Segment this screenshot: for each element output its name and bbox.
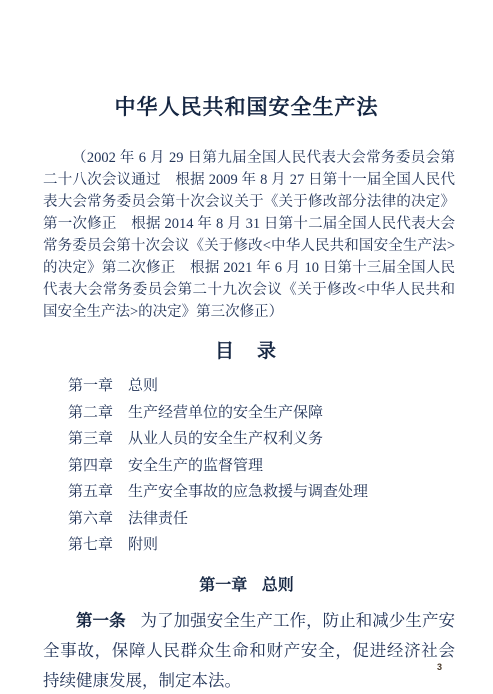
toc-chapter: 第五章 <box>68 484 113 500</box>
chapter-title: 总则 <box>262 577 294 594</box>
toc-chapter: 第二章 <box>68 405 113 421</box>
document-title: 中华人民共和国安全生产法 <box>0 94 493 122</box>
toc-chapter: 第六章 <box>68 511 113 527</box>
chapter-number: 第一章 <box>199 577 247 594</box>
toc-title: 安全生产的监督管理 <box>128 458 263 474</box>
toc-item: 第三章从业人员的安全生产权利义务 <box>68 426 455 453</box>
document-page: 中华人民共和国安全生产法 （2002 年 6 月 29 日第九届全国人民代表大会… <box>0 0 493 694</box>
article-1-paragraph: 第一条为了加强安全生产工作，防止和减少生产安全事故，保障人民群众生命和财产安全，… <box>43 606 455 694</box>
toc-item: 第六章法律责任 <box>68 506 455 533</box>
toc-item: 第一章总则 <box>68 373 455 400</box>
toc-item: 第七章附则 <box>68 532 455 559</box>
toc-heading: 目 录 <box>0 339 493 364</box>
page-number: 3 <box>437 662 442 672</box>
toc-chapter: 第三章 <box>68 431 113 447</box>
toc-item: 第四章安全生产的监督管理 <box>68 453 455 480</box>
toc-title: 生产安全事故的应急救援与调查处理 <box>128 484 368 500</box>
chapter-1-heading: 第一章总则 <box>0 575 493 596</box>
toc-title: 从业人员的安全生产权利义务 <box>128 431 323 447</box>
toc-chapter: 第四章 <box>68 458 113 474</box>
toc-chapter: 第一章 <box>68 378 113 394</box>
toc-title: 生产经营单位的安全生产保障 <box>128 405 323 421</box>
article-1-label: 第一条 <box>76 612 126 630</box>
toc-title: 附则 <box>128 537 158 553</box>
toc-item: 第五章生产安全事故的应急救援与调查处理 <box>68 479 455 506</box>
enactment-preamble: （2002 年 6 月 29 日第九届全国人民代表大会常务委员会第二十八次会议通… <box>43 147 455 323</box>
toc-list: 第一章总则 第二章生产经营单位的安全生产保障 第三章从业人员的安全生产权利义务 … <box>68 373 455 559</box>
toc-chapter: 第七章 <box>68 537 113 553</box>
toc-title: 总则 <box>128 378 158 394</box>
toc-item: 第二章生产经营单位的安全生产保障 <box>68 400 455 427</box>
toc-title: 法律责任 <box>128 511 188 527</box>
